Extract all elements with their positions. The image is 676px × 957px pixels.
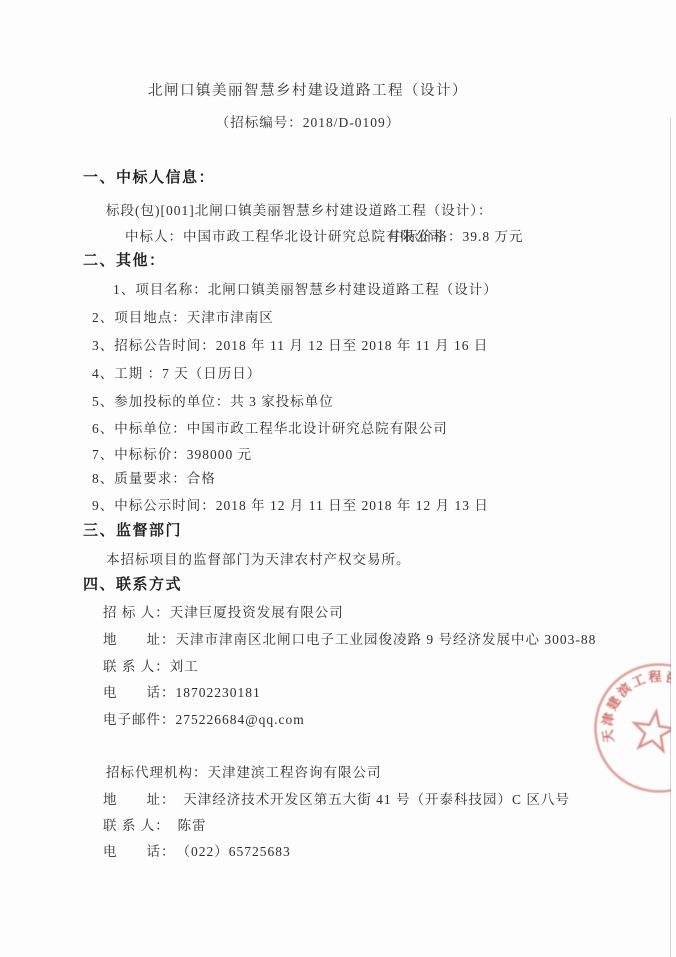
lot-line: 标段(包)[001]北闸口镇美丽智慧乡村建设道路工程（设计）： bbox=[106, 203, 492, 219]
other-item-quality: 8、质量要求：合格 bbox=[92, 471, 216, 487]
document-title: 北闸口镇美丽智慧乡村建设道路工程（设计） bbox=[2, 83, 614, 99]
tenderer-email: 电子邮件：275226684@qq.com bbox=[103, 712, 305, 728]
other-item-duration: 4、工期 ：7 天（日历日） bbox=[92, 366, 261, 382]
section-heading-contact: 四、联系方式 bbox=[83, 577, 182, 593]
other-item-publicity-time: 9、中标公示时间：2018 年 12 月 11 日至 2018 年 12 月 1… bbox=[92, 498, 489, 514]
other-item-winning-unit: 6、中标单位：中国市政工程华北设计研究总院有限公司 bbox=[92, 421, 448, 437]
supervision-body: 本招标项目的监督部门为天津农村产权交易所。 bbox=[106, 552, 411, 568]
company-seal-graphic: 天津建滨工程咨询有限公司 bbox=[583, 652, 671, 803]
tender-number: （招标编号：2018/D-0109） bbox=[2, 115, 614, 131]
agency-name: 招标代理机构：天津建滨工程咨询有限公司 bbox=[106, 765, 382, 781]
tenderer-phone: 电 话：18702230181 bbox=[103, 685, 261, 701]
seal-star-icon bbox=[631, 709, 671, 752]
section-heading-winner-info: 一、中标人信息： bbox=[83, 170, 215, 186]
other-item-project-name: 1、项目名称：北闸口镇美丽智慧乡村建设道路工程（设计） bbox=[113, 282, 498, 298]
scanned-document-page: 北闸口镇美丽智慧乡村建设道路工程（设计） （招标编号：2018/D-0109） … bbox=[0, 0, 676, 957]
section-heading-other: 二、其他： bbox=[83, 253, 166, 269]
other-item-bidders-count: 5、参加投标的单位：共 3 家投标单位 bbox=[92, 394, 334, 410]
agency-phone: 电 话： （022）65725683 bbox=[103, 844, 291, 860]
page-scan-edge-line bbox=[670, 118, 671, 957]
tenderer-contact-person: 联 系 人：刘工 bbox=[103, 659, 199, 675]
seal-text: 天津建滨工程咨询有限公司 bbox=[597, 661, 671, 760]
other-item-winning-price: 7、中标标价：398000 元 bbox=[92, 447, 252, 463]
seal-ring bbox=[587, 656, 671, 799]
agency-address: 地 址： 天津经济技术开发区第五大街 41 号（开泰科技园）C 区八号 bbox=[103, 792, 570, 808]
section-heading-supervision: 三、监督部门 bbox=[83, 523, 182, 539]
other-item-announcement-time: 3、招标公告时间：2018 年 11 月 12 日至 2018 年 11 月 1… bbox=[92, 338, 488, 354]
other-item-project-location: 2、项目地点：天津市津南区 bbox=[92, 310, 274, 326]
tenderer-address: 地 址：天津市津南区北闸口电子工业园俊凌路 9 号经济发展中心 3003-88 bbox=[103, 632, 596, 648]
tenderer-name: 招 标 人：天津巨厦投资发展有限公司 bbox=[103, 605, 344, 621]
company-seal: 天津建滨工程咨询有限公司 bbox=[583, 652, 671, 803]
winner-price: 中标价格：39.8 万元 bbox=[390, 229, 524, 245]
agency-contact-person: 联 系 人： 陈雷 bbox=[103, 818, 207, 834]
